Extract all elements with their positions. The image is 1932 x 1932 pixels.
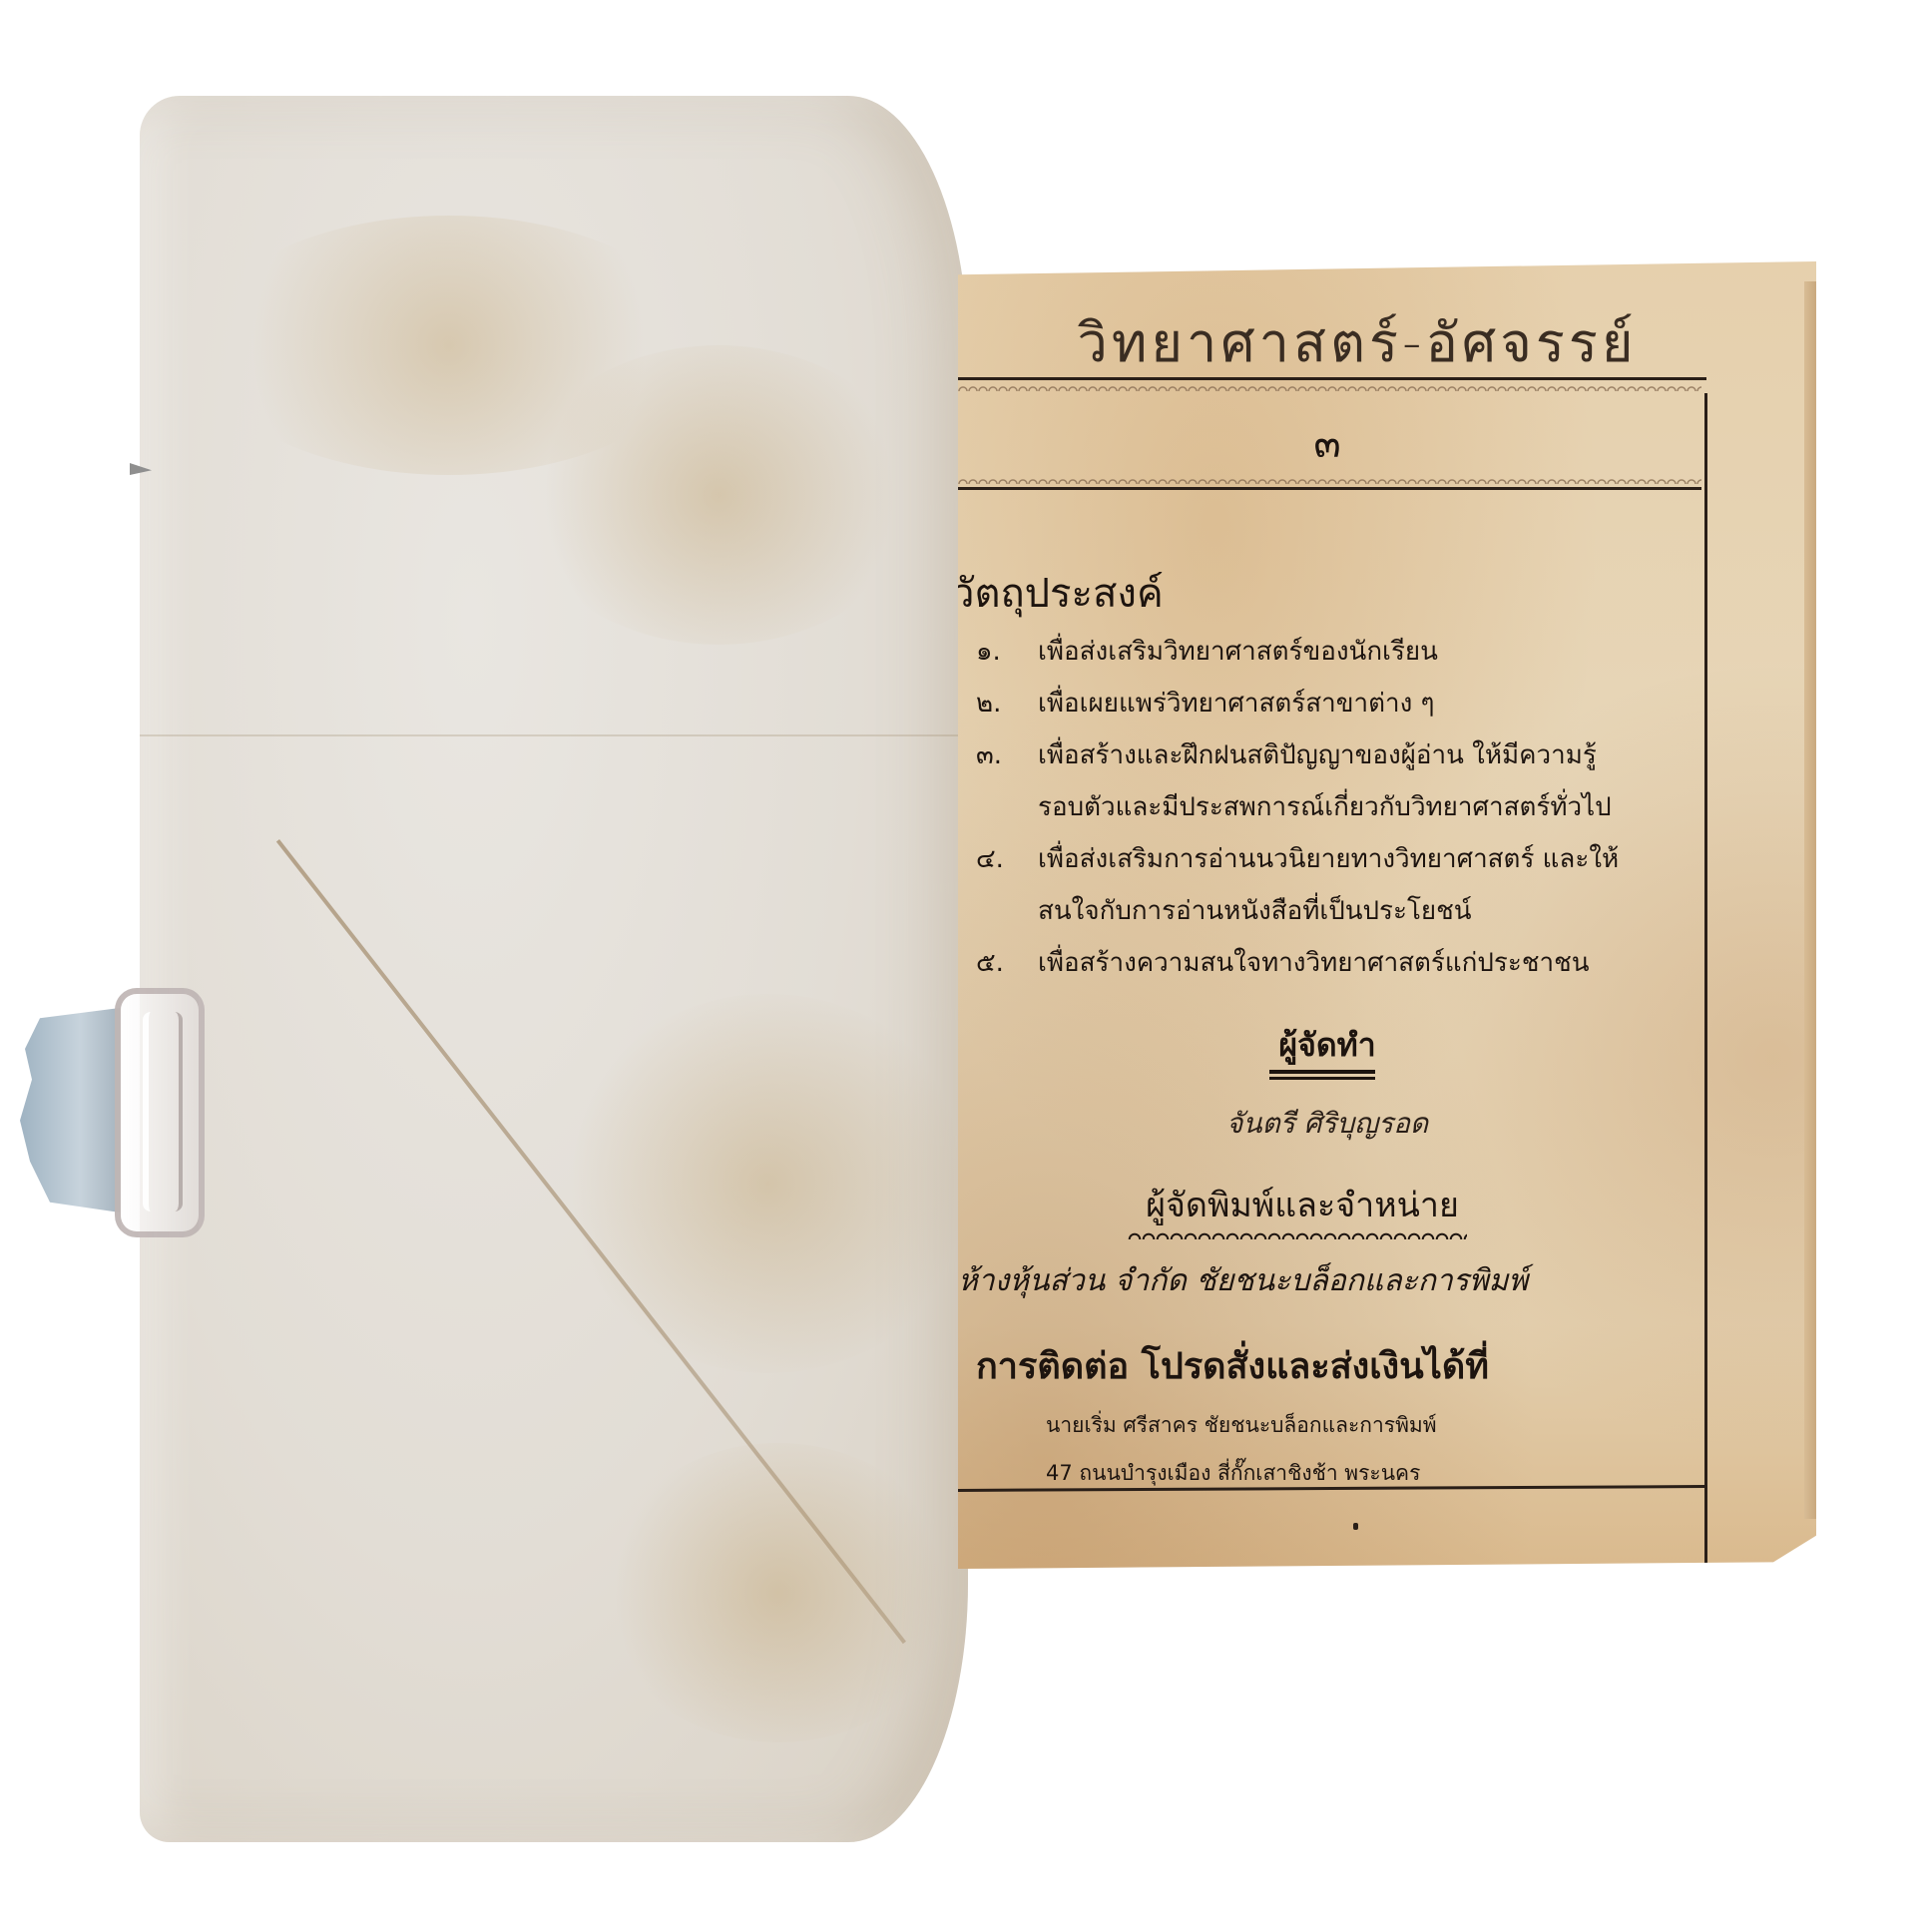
publisher-label: ผู้จัดพิมพ์และจำหน่าย: [1103, 1178, 1502, 1231]
objective-item: ๔. เพื่อส่งเสริมการอ่านนวนิยายทางวิทยาศา…: [976, 833, 1704, 937]
objective-number: ๒.: [976, 678, 1036, 729]
objective-text: เพื่อส่งเสริมการอ่านนวนิยายทางวิทยาศาสตร…: [1038, 844, 1619, 874]
objectives-heading: วัตถุประสงค์: [952, 561, 1164, 625]
metal-clip: [20, 1008, 120, 1212]
wavy-rule: [958, 383, 1701, 391]
page-edges: [1804, 281, 1816, 1519]
producer-name: จันตรี ศิริบุญรอด: [1178, 1102, 1477, 1146]
objective-number: ๓.: [976, 729, 1036, 781]
objective-number: ๑.: [976, 626, 1036, 678]
objective-text: เพื่อสร้างความสนใจทางวิทยาศาสตร์แก่ประชา…: [1038, 948, 1590, 978]
frame-line-header-bottom: [958, 487, 1701, 490]
stain: [519, 345, 918, 645]
objective-text-continued: รอบตัวและมีประสพการณ์เกี่ยวกับวิทยาศาสตร…: [1038, 781, 1704, 833]
objective-item: ๑. เพื่อส่งเสริมวิทยาศาสตร์ของนักเรียน: [976, 626, 1704, 678]
objective-item: ๕. เพื่อสร้างความสนใจทางวิทยาศาสตร์แก่ปร…: [976, 937, 1704, 989]
objective-item: ๓. เพื่อสร้างและฝึกฝนสติปัญญาของผู้อ่าน …: [976, 729, 1704, 833]
objective-text: เพื่อเผยแพร่วิทยาศาสตร์สาขาต่าง ๆ: [1038, 689, 1435, 719]
objectives-list: ๑. เพื่อส่งเสริมวิทยาศาสตร์ของนักเรียน ๒…: [976, 626, 1704, 989]
ink-dot: [1353, 1523, 1358, 1530]
right-page: วิทยาศาสตร์-อัศจรรย์ ๓ วัตถุประสงค์ ๑. เ…: [958, 261, 1816, 1589]
flap-edge: [140, 734, 968, 736]
wavy-rule: [958, 476, 1701, 484]
objective-item: ๒. เพื่อเผยแพร่วิทยาศาสตร์สาขาต่าง ๆ: [976, 678, 1704, 729]
stain: [559, 994, 978, 1373]
wavy-underline: [1128, 1231, 1467, 1239]
left-page-cover-flap: [140, 96, 968, 1842]
page-notch: [130, 463, 152, 475]
frame-line-right: [1704, 393, 1707, 1611]
producer-label: ผู้จัดทำ: [1257, 1020, 1397, 1071]
frame-line-top: [958, 377, 1706, 380]
running-title: วิทยาศาสตร์-อัศจรรย์: [1038, 299, 1677, 385]
publisher-name: ห้างหุ้นส่วน จำกัด ชัยชนะบล็อกและการพิมพ…: [958, 1257, 1696, 1304]
double-underline: [1269, 1070, 1375, 1080]
page-number: ๓: [1287, 411, 1367, 475]
stain: [599, 1443, 958, 1742]
objective-number: ๕.: [976, 937, 1036, 989]
contact-name-line: นายเริ่ม ศรีสาคร ชัยชนะบล็อกและการพิมพ์: [1046, 1409, 1437, 1442]
contact-label: การติดต่อ โปรดสั่งและส่งเงินได้ที่: [976, 1337, 1489, 1394]
objective-text-continued: สนใจกับการอ่านหนังสือที่เป็นประโยชน์: [1038, 885, 1704, 937]
contact-address-line: 47 ถนนบำรุงเมือง สี่กั๊กเสาชิงช้า พระนคร: [1046, 1457, 1420, 1490]
objective-text: เพื่อสร้างและฝึกฝนสติปัญญาของผู้อ่าน ให้…: [1038, 740, 1597, 770]
objective-number: ๔.: [976, 833, 1036, 885]
plastic-clip-tab: [115, 988, 205, 1237]
objective-text: เพื่อส่งเสริมวิทยาศาสตร์ของนักเรียน: [1038, 637, 1438, 667]
